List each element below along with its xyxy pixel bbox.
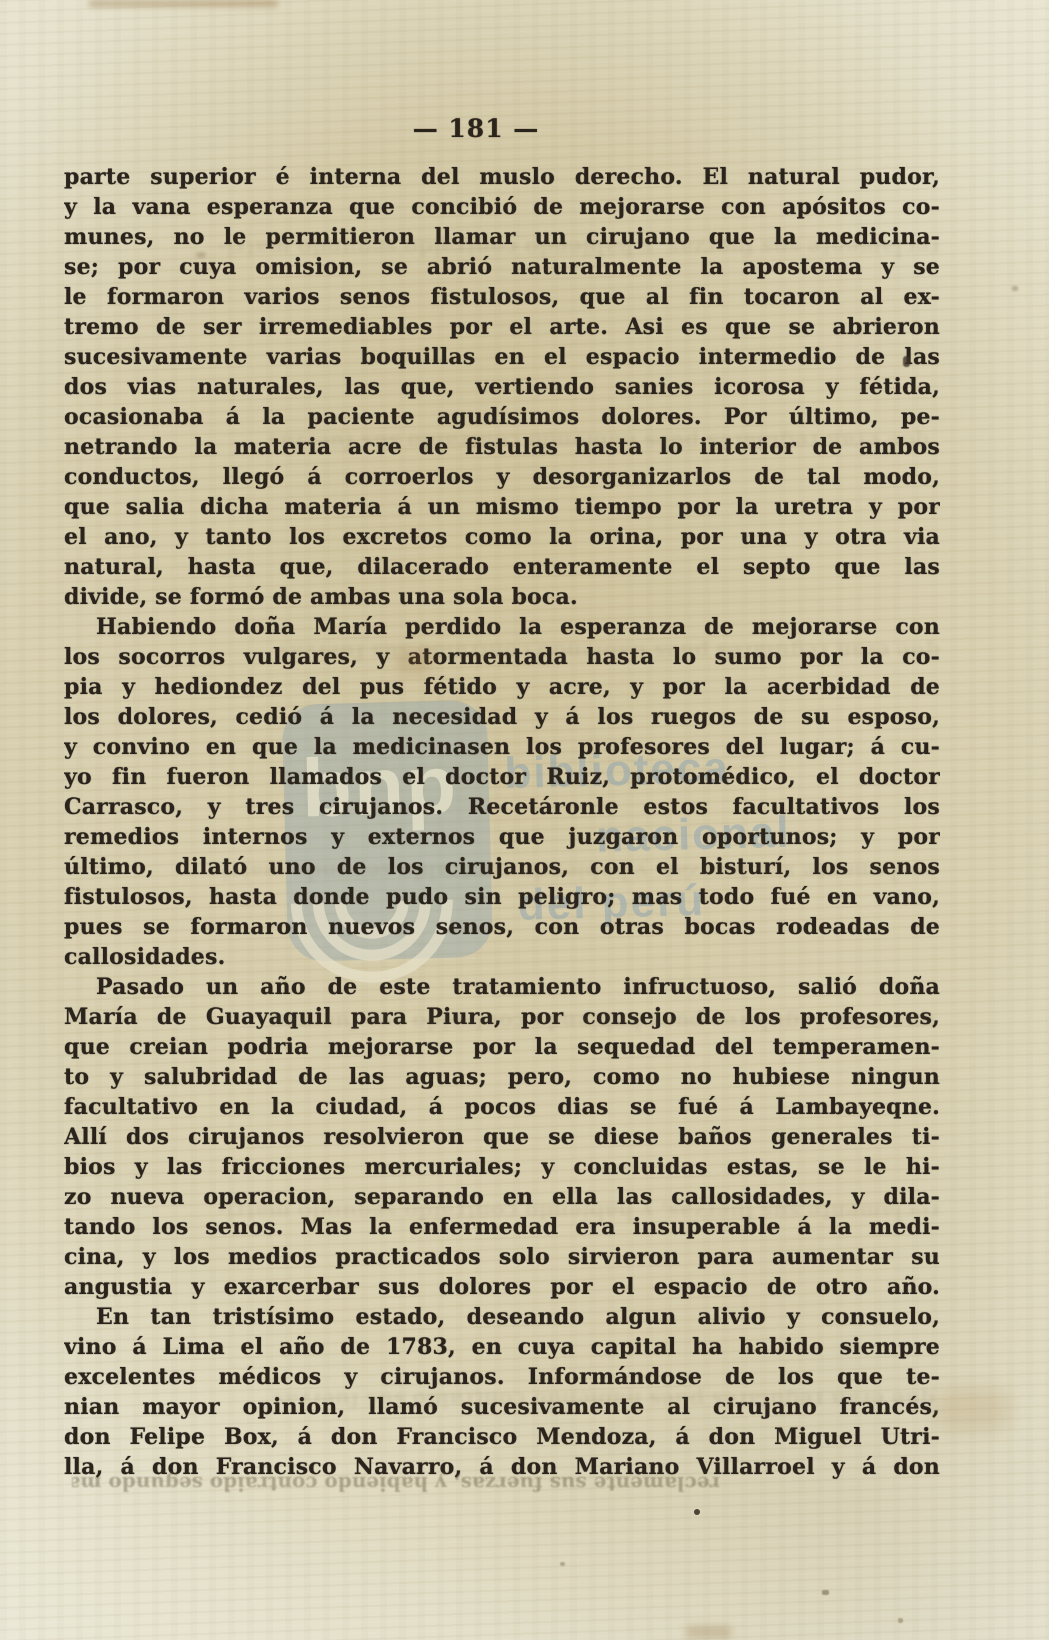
paper-stain: [1012, 286, 1018, 291]
text-line: Allí dos cirujanos resolvieron que se di…: [64, 1122, 940, 1152]
text-line: ocasionaba á la paciente agudísimos dolo…: [64, 402, 940, 432]
text-line: que creian podria mejorarse por la seque…: [64, 1032, 940, 1062]
text-line: Carrasco, y tres cirujanos. Recetáronle …: [64, 792, 940, 822]
text-line: tando los senos. Mas la enfermedad era i…: [64, 1212, 940, 1242]
text-line: excelentes médicos y cirujanos. Informán…: [64, 1362, 940, 1392]
text-line: último, dilató uno de los cirujanos, con…: [64, 852, 940, 882]
text-line: natural, hasta que, dilacerado enteramen…: [64, 552, 940, 582]
page-number: — 181 —: [0, 114, 952, 143]
text-line: parte superior é interna del muslo derec…: [64, 162, 940, 192]
text-line: En tan tristísimo estado, deseando algun…: [64, 1302, 940, 1332]
text-line: nian mayor opinion, llamó sucesivamente …: [64, 1392, 940, 1422]
paper-stain: [822, 1590, 829, 1595]
text-line: angustia y exarcerbar sus dolores por el…: [64, 1272, 940, 1302]
text-line: netrando la materia acre de fistulas has…: [64, 432, 940, 462]
text-line: y convino en que la medicinasen los prof…: [64, 732, 940, 762]
text-line: Pasado un año de este tratamiento infruc…: [64, 972, 940, 1002]
text-line: vino á Lima el año de 1783, en cuya capi…: [64, 1332, 940, 1362]
paragraph: En tan tristísimo estado, deseando algun…: [64, 1302, 940, 1482]
text-line: divide, se formó de ambas una sola boca.: [64, 582, 940, 612]
text-line: María de Guayaquil para Piura, por conse…: [64, 1002, 940, 1032]
paper-stain: [694, 1509, 700, 1515]
text-line: callosidades.: [64, 942, 940, 972]
text-line: Habiendo doña María perdido la esperanza…: [64, 612, 940, 642]
text-line: pia y hediondez del pus fétido y acre, y…: [64, 672, 940, 702]
text-line: pues se formaron nuevos senos, con otras…: [64, 912, 940, 942]
text-line: yo fin fueron llamados el doctor Ruiz, p…: [64, 762, 940, 792]
text-line: to y salubridad de las aguas; pero, como…: [64, 1062, 940, 1092]
text-line: fistulosos, hasta donde pudo sin peligro…: [64, 882, 940, 912]
paper-stain: [898, 1618, 903, 1623]
text-line: dos vias naturales, las que, vertiendo s…: [64, 372, 940, 402]
text-line: zo nueva operacion, separando en ella la…: [64, 1182, 940, 1212]
paper-stain: [88, 0, 278, 7]
text-line: munes, no le permitieron llamar un ciruj…: [64, 222, 940, 252]
text-line: conductos, llegó á corroerlos y desorgan…: [64, 462, 940, 492]
text-line: sucesivamente varias boquillas en el esp…: [64, 342, 940, 372]
text-line: lla, á don Francisco Navarro, á don Mari…: [64, 1452, 940, 1482]
paragraph: Pasado un año de este tratamiento infruc…: [64, 972, 940, 1302]
text-line: don Felipe Box, á don Francisco Mendoza,…: [64, 1422, 940, 1452]
text-line: remedios internos y externos que juzgaro…: [64, 822, 940, 852]
paragraph: Habiendo doña María perdido la esperanza…: [64, 612, 940, 972]
text-line: le formaron varios senos fistulosos, que…: [64, 282, 940, 312]
text-line: los socorros vulgares, y atormentada has…: [64, 642, 940, 672]
text-line: que salia dicha materia á un mismo tiemp…: [64, 492, 940, 522]
paper-stain: [936, 1388, 1010, 1432]
text-line: facultativo en la ciudad, á pocos dias s…: [64, 1092, 940, 1122]
text-line: los dolores, cedió á la necesidad y á lo…: [64, 702, 940, 732]
text-line: y la vana esperanza que concibió de mejo…: [64, 192, 940, 222]
text-line: tremo de ser irremediables por el arte. …: [64, 312, 940, 342]
text-line: se; por cuya omision, se abrió naturalme…: [64, 252, 940, 282]
paper-stain: [560, 1562, 565, 1566]
page-text: parte superior é interna del muslo derec…: [64, 162, 940, 1482]
text-line: cina, y los medios practicados solo sirv…: [64, 1242, 940, 1272]
text-line: el ano, y tanto los excretos como la ori…: [64, 522, 940, 552]
book-page: bnp bibliotecanacionaldel perú — 181 — p…: [0, 0, 1049, 1640]
paper-stain: [686, 1626, 732, 1638]
paragraph: parte superior é interna del muslo derec…: [64, 162, 940, 612]
text-line: bios y las fricciones mercuriales; y con…: [64, 1152, 940, 1182]
